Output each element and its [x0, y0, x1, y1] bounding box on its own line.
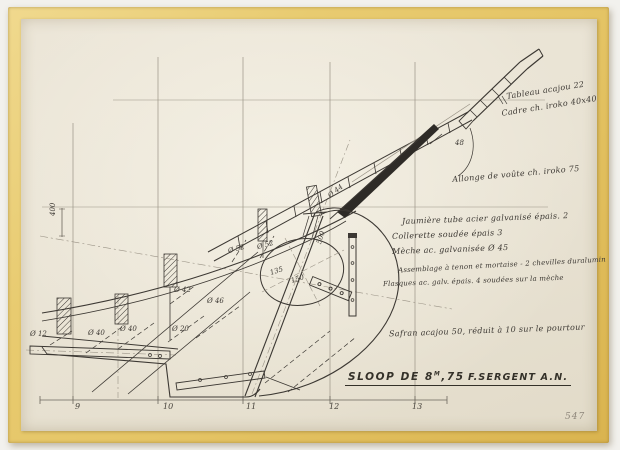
dim-phi46: Ø 46 — [207, 298, 224, 305]
station-label-11: 11 — [246, 403, 256, 411]
title-pre: SLOOP DE 8 — [348, 371, 434, 383]
station-label-12: 12 — [329, 403, 339, 411]
dim-phi42: Ø 42 — [174, 287, 191, 294]
dim-400: 400 — [50, 203, 57, 216]
dim-phi40-a: Ø 40 — [88, 330, 105, 337]
title-post: ,75 — [441, 371, 464, 383]
blueprint-photo: Tableau acajou 22 Cadre ch. iroko 40x40 … — [0, 0, 620, 450]
drawing-paper — [21, 19, 597, 431]
station-label-13: 13 — [412, 403, 422, 411]
station-label-9: 9 — [75, 403, 80, 411]
drawing-author: F.SERGENT A.N. — [465, 373, 571, 386]
dim-48: 48 — [455, 140, 464, 147]
dim-phi20: Ø 20 — [172, 326, 189, 333]
dim-phi12: Ø 12 — [30, 331, 47, 338]
sheet-number: 547 — [565, 412, 585, 422]
dim-phi40-b: Ø 40 — [120, 326, 137, 333]
station-label-10: 10 — [163, 403, 173, 411]
drawing-title: SLOOP DE 8M,75 — [345, 372, 468, 386]
